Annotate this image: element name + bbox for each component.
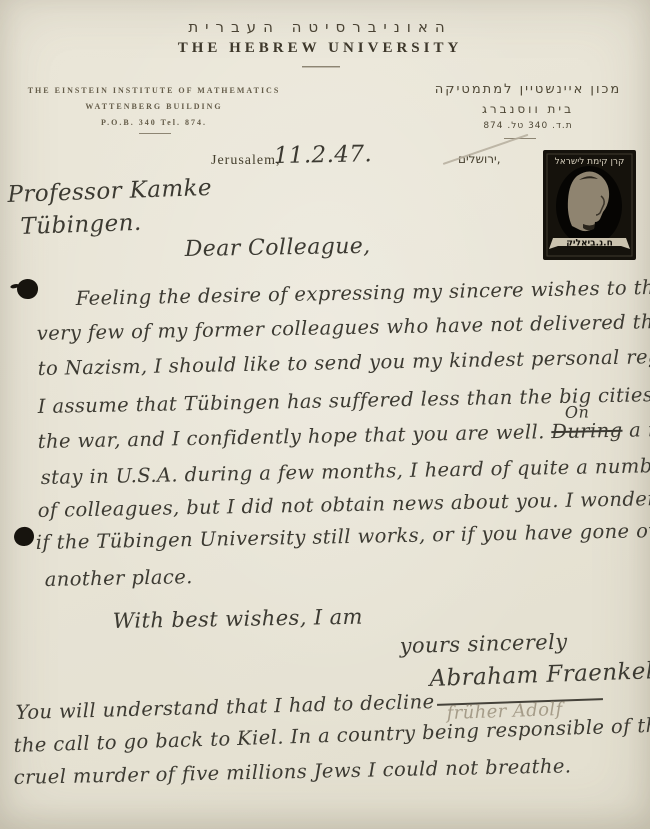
closing-line: With best wishes, I am	[113, 605, 363, 633]
handwritten-date: 11.2.47.	[274, 141, 373, 169]
body-line: stay in U.S.A. during a few months, I he…	[41, 454, 650, 489]
dateline-place-english: Jerusalem,	[211, 153, 280, 169]
body-line: of colleagues, but I did not obtain news…	[38, 487, 650, 522]
institute-block-english: THE EINSTEIN INSTITUTE OF MATHEMATICS WA…	[18, 86, 290, 134]
punch-hole-bottom	[13, 526, 35, 547]
body-line-segment: the war, and I confidently hope that you…	[38, 420, 552, 453]
body-line: if the Tübingen University still works, …	[36, 518, 650, 554]
valediction: yours sincerely	[399, 630, 567, 658]
recipient-city: Tübingen.	[20, 210, 142, 240]
struck-word-text: During	[551, 419, 623, 443]
institute-building: WATTENBERG BUILDING	[18, 102, 290, 111]
body-line: very few of my former colleagues who hav…	[37, 308, 650, 345]
inserted-word: On	[565, 402, 590, 421]
body-line-segment: a recent	[622, 417, 650, 442]
institute-name: THE EINSTEIN INSTITUTE OF MATHEMATICS	[18, 86, 290, 95]
body-line: to Nazism, I should like to send you my …	[38, 344, 650, 380]
bialik-stamp: קרן קימת לישראל ח.נ.ביאליק	[543, 150, 636, 260]
recipient-name: Professor Kamke	[7, 175, 212, 208]
institute-name-hebrew: מכון איינשטיין למתמטיקה	[428, 82, 628, 97]
stamp-arc-text: קרן קימת לישראל	[555, 157, 625, 167]
body-line: Feeling the desire of expressing my sinc…	[76, 274, 650, 310]
struck-word: DuringOn	[551, 419, 623, 443]
stamp-name-text: ח.נ.ביאליק	[566, 239, 613, 249]
institute-pob-tel: P.O.B. 340 Tel. 874.	[18, 118, 290, 127]
body-line: another place.	[45, 565, 193, 591]
institute-pob-tel-hebrew: ת.ד. 340 טל. 874	[428, 121, 628, 131]
dateline-place-hebrew: ירושלים,	[458, 152, 501, 166]
salutation: Dear Colleague,	[185, 234, 371, 262]
body-line-with-correction: the war, and I confidently hope that you…	[38, 417, 650, 453]
institute-divider-left	[139, 133, 171, 134]
punch-hole-top	[16, 278, 40, 301]
university-title-hebrew: האוניברסיטה העברית	[0, 18, 640, 36]
postscript-line: You will understand that I had to declin…	[15, 690, 434, 724]
postscript-line: cruel murder of five millions Jews I cou…	[14, 754, 572, 789]
letterhead-divider	[302, 66, 340, 68]
signature: Abraham Fraenkel	[429, 658, 650, 692]
body-line: I assume that Tübingen has suffered less…	[38, 382, 650, 418]
scanned-letter-page: האוניברסיטה העברית THE HEBREW UNIVERSITY…	[0, 0, 650, 829]
institute-block-hebrew: מכון איינשטיין למתמטיקה בית ווסנברג ת.ד.…	[428, 82, 628, 131]
university-title-english: THE HEBREW UNIVERSITY	[0, 40, 640, 57]
institute-building-hebrew: בית ווסנברג	[428, 102, 628, 116]
